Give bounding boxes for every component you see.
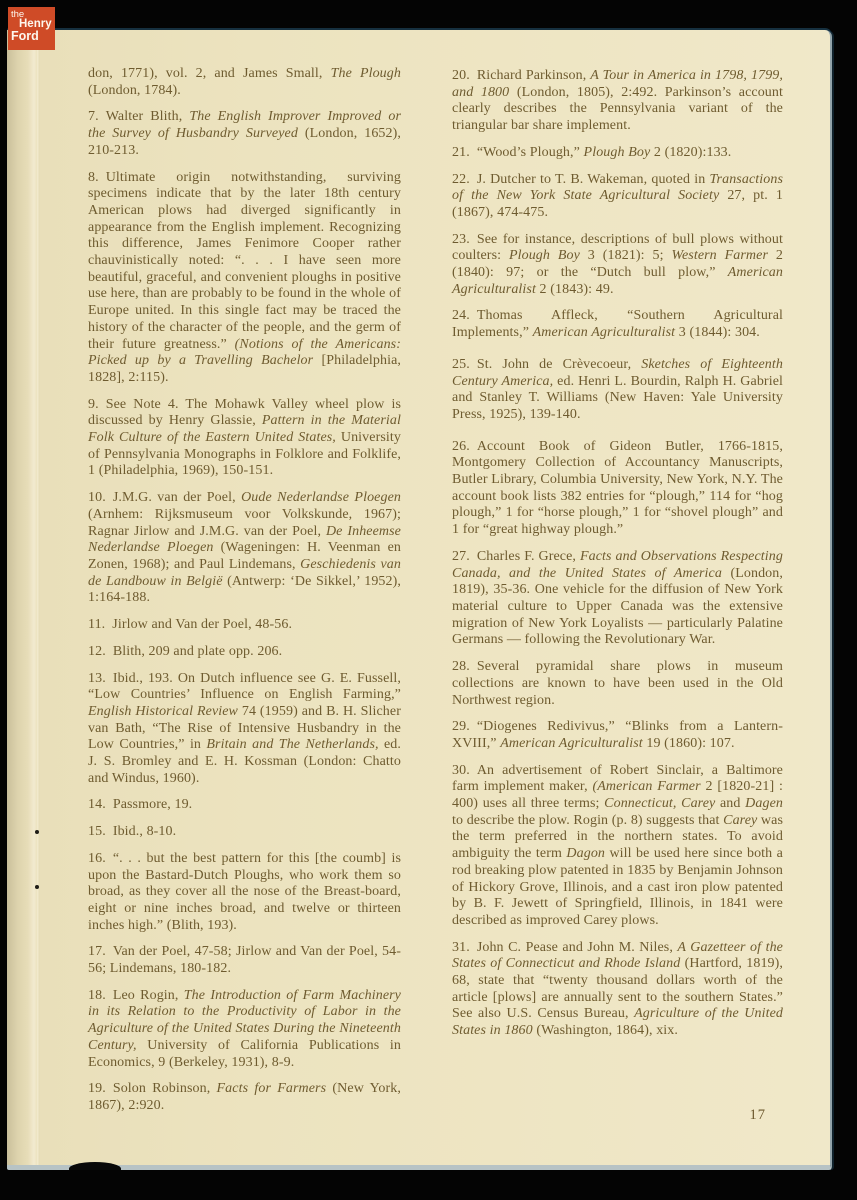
footnote-number: 7. bbox=[88, 109, 99, 124]
footnote-number: 27. bbox=[452, 549, 470, 564]
margin-dot bbox=[35, 830, 39, 834]
footnote-text: J. Dutcher to T. B. Wakeman, quoted in bbox=[477, 172, 710, 187]
footnote-number: 13. bbox=[88, 671, 106, 686]
footnote-number: 22. bbox=[452, 172, 470, 187]
footnote: 13.Ibid., 193. On Dutch influence see G.… bbox=[88, 671, 401, 788]
footnote-text: 19 (1860): 107. bbox=[643, 736, 735, 751]
footnote-number: 16. bbox=[88, 851, 106, 866]
footnote-italic-text: Western Farmer bbox=[671, 248, 768, 263]
footnote-text: Solon Robinson, bbox=[113, 1081, 217, 1096]
footnote-text: “Wood’s Plough,” bbox=[477, 145, 584, 160]
footnote-text: Several pyramidal share plows in museum … bbox=[452, 659, 783, 707]
footnote-text: “. . . but the best pattern for this [th… bbox=[88, 851, 401, 933]
footnote-number: 8. bbox=[88, 170, 99, 185]
footnote: 31.John C. Pease and John M. Niles, A Ga… bbox=[452, 940, 783, 1040]
footnote: 21.“Wood’s Plough,” Plough Boy 2 (1820):… bbox=[452, 145, 783, 162]
footnote-number: 12. bbox=[88, 644, 106, 659]
footnote-italic-text: Carey bbox=[723, 813, 757, 828]
footnote-italic-text: Oude Nederlandse Ploegen bbox=[241, 490, 401, 505]
footnote: 22.J. Dutcher to T. B. Wakeman, quoted i… bbox=[452, 172, 783, 222]
page-gutter-shadow bbox=[7, 30, 37, 1165]
footnote-text: Van der Poel, 47-58; Jirlow and Van der … bbox=[88, 944, 401, 976]
footnote-italic-text: Britain and The Netherlands, bbox=[206, 737, 378, 752]
footnote: 25.St. John de Crèvecoeur, Sketches of E… bbox=[452, 357, 783, 424]
footnote-number: 21. bbox=[452, 145, 470, 160]
footnote: 12.Blith, 209 and plate opp. 206. bbox=[88, 644, 401, 661]
footnote-text: 2 (1820):133. bbox=[650, 145, 731, 160]
footnote-number: 19. bbox=[88, 1081, 106, 1096]
footnote: 8.Ultimate origin notwithstanding, survi… bbox=[88, 170, 401, 387]
footnote-italic-text: Dagen bbox=[745, 796, 783, 811]
footnote-number: 10. bbox=[88, 490, 106, 505]
footnote-number: 30. bbox=[452, 763, 470, 778]
footnote-number: 23. bbox=[452, 232, 470, 247]
footnote: 11.Jirlow and Van der Poel, 48-56. bbox=[88, 617, 401, 634]
footnote: 23.See for instance, descriptions of bul… bbox=[452, 232, 783, 299]
footnote-italic-text: The Plough bbox=[331, 66, 401, 81]
notes-column-right: 20.Richard Parkinson, A Tour in America … bbox=[452, 68, 783, 1050]
footnote: 28.Several pyramidal share plows in muse… bbox=[452, 659, 783, 709]
footnote: 27.Charles F. Grece, Facts and Observati… bbox=[452, 549, 783, 649]
footnote: 9.See Note 4. The Mohawk Valley wheel pl… bbox=[88, 397, 401, 481]
footnote-text: Account Book of Gideon Butler, 1766-1815… bbox=[452, 439, 783, 538]
footnote-text: (Washington, 1864), xix. bbox=[533, 1023, 678, 1038]
henry-ford-logo: the Henry Ford bbox=[8, 7, 55, 50]
footnote: 26.Account Book of Gideon Butler, 1766-1… bbox=[452, 439, 783, 539]
footnote-italic-text: Plough Boy bbox=[509, 248, 580, 263]
footnote-number: 18. bbox=[88, 988, 106, 1003]
page-edge-notch bbox=[69, 1162, 121, 1170]
footnote-text: Richard Parkinson, bbox=[477, 68, 590, 83]
footnote: 16.“. . . but the best pattern for this … bbox=[88, 851, 401, 935]
footnote: don, 1771), vol. 2, and James Small, The… bbox=[88, 66, 401, 99]
logo-text-ford: Ford bbox=[11, 30, 55, 43]
footnote-italic-text: Dagon bbox=[566, 846, 605, 861]
footnote: 19.Solon Robinson, Facts for Farmers (Ne… bbox=[88, 1081, 401, 1114]
footnote-number: 17. bbox=[88, 944, 106, 959]
footnote-number: 24. bbox=[452, 308, 470, 323]
footnote: 17.Van der Poel, 47-58; Jirlow and Van d… bbox=[88, 944, 401, 977]
footnote-text: (London, 1784). bbox=[88, 83, 181, 98]
footnote-number: 25. bbox=[452, 357, 470, 372]
footnote-italic-text: American Agriculturalist bbox=[500, 736, 643, 751]
footnote-number: 15. bbox=[88, 824, 106, 839]
footnote-text: Leo Rogin, bbox=[113, 988, 184, 1003]
footnote-number: 11. bbox=[88, 617, 105, 632]
footnote-text: Walter Blith, bbox=[106, 109, 190, 124]
page-number: 17 bbox=[750, 1107, 767, 1124]
footnote: 14.Passmore, 19. bbox=[88, 797, 401, 814]
footnote-text: Passmore, 19. bbox=[113, 797, 192, 812]
footnote-number: 28. bbox=[452, 659, 470, 674]
scan-backdrop: don, 1771), vol. 2, and James Small, The… bbox=[0, 0, 857, 1200]
footnote: 29.“Diogenes Redivivus,” “Blinks from a … bbox=[452, 719, 783, 752]
footnote-text: 3 (1844): 304. bbox=[675, 325, 760, 340]
footnote-italic-text: American Agriculturalist bbox=[533, 325, 676, 340]
footnote-text: Jirlow and Van der Poel, 48-56. bbox=[112, 617, 292, 632]
footnote-text: Ibid., 193. On Dutch influence see G. E.… bbox=[88, 671, 401, 703]
footnote-italic-text: Connecticut, Carey bbox=[604, 796, 715, 811]
book-page: don, 1771), vol. 2, and James Small, The… bbox=[7, 30, 832, 1170]
footnote-text: Blith, 209 and plate opp. 206. bbox=[113, 644, 282, 659]
footnote-text: J.M.G. van der Poel, bbox=[113, 490, 241, 505]
footnote-text: Charles F. Grece, bbox=[477, 549, 580, 564]
footnote-number: 20. bbox=[452, 68, 470, 83]
margin-dot bbox=[35, 885, 39, 889]
footnote-text: to describe the plow. Rogin (p. 8) sugge… bbox=[452, 813, 723, 828]
footnote-italic-text: Facts for Farmers bbox=[217, 1081, 327, 1096]
footnote-italic-text: (American Farmer bbox=[593, 779, 701, 794]
footnote: 7.Walter Blith, The English Improver Imp… bbox=[88, 109, 401, 159]
footnote-text: John C. Pease and John M. Niles, bbox=[477, 940, 678, 955]
footnote-text: Ibid., 8-10. bbox=[113, 824, 176, 839]
footnote-italic-text: Plough Boy bbox=[584, 145, 651, 160]
footnote-number: 9. bbox=[88, 397, 99, 412]
footnote-text: 2 (1843): 49. bbox=[536, 282, 614, 297]
footnote-text: St. John de Crèvecoeur, bbox=[477, 357, 641, 372]
footnote: 30.An advertisement of Robert Sinclair, … bbox=[452, 763, 783, 930]
footnote: 10.J.M.G. van der Poel, Oude Nederlandse… bbox=[88, 490, 401, 607]
footnote: 15.Ibid., 8-10. bbox=[88, 824, 401, 841]
footnote-number: 31. bbox=[452, 940, 470, 955]
footnote-number: 14. bbox=[88, 797, 106, 812]
footnote-italic-text: English Historical Review bbox=[88, 704, 238, 719]
footnote: 24.Thomas Affleck, “Southern Agricultura… bbox=[452, 308, 783, 341]
footnote: 20.Richard Parkinson, A Tour in America … bbox=[452, 68, 783, 135]
notes-column-left: don, 1771), vol. 2, and James Small, The… bbox=[88, 66, 401, 1125]
footnote-number: 29. bbox=[452, 719, 470, 734]
footnote-number: 26. bbox=[452, 439, 470, 454]
page-crease-line bbox=[37, 30, 40, 1165]
footnote-text: Ultimate origin notwithstanding, survivi… bbox=[88, 170, 401, 352]
footnote-text: and bbox=[715, 796, 745, 811]
footnote-text: don, 1771), vol. 2, and James Small, bbox=[88, 66, 331, 81]
footnote: 18.Leo Rogin, The Introduction of Farm M… bbox=[88, 988, 401, 1072]
footnote-text: 3 (1821): 5; bbox=[580, 248, 672, 263]
